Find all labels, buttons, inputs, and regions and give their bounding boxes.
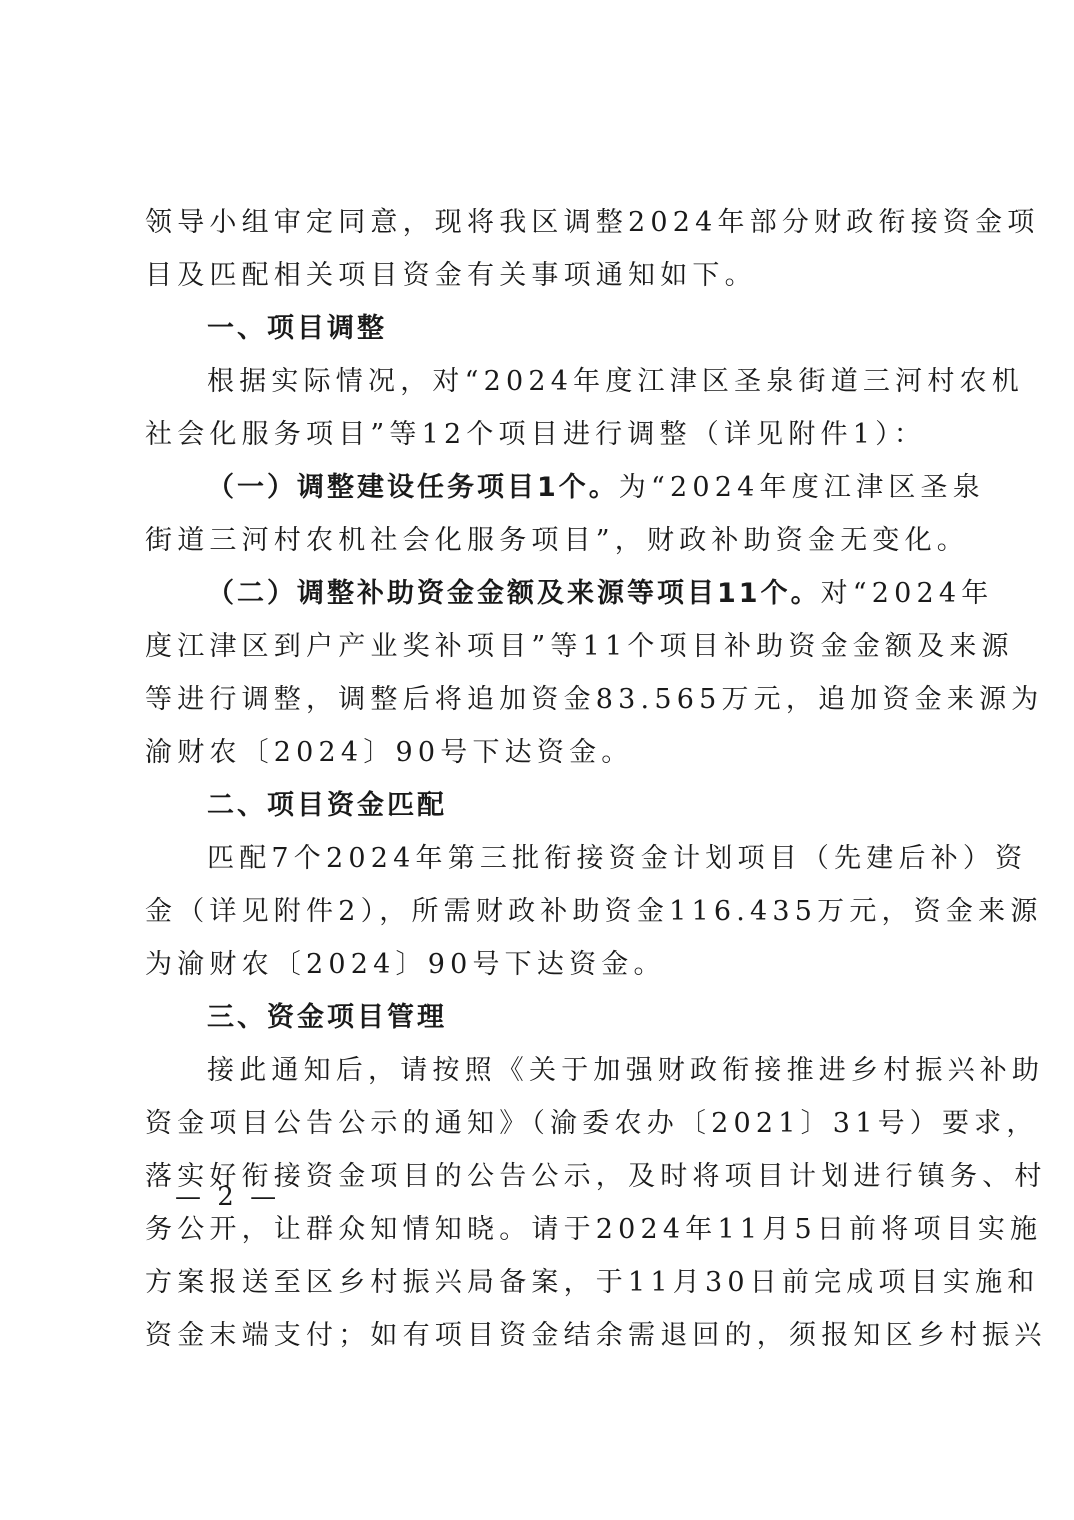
body-line: 度江津区到户产业奖补项目”等11个项目补助资金金额及来源	[145, 620, 1014, 674]
body-line: 街道三河村农机社会化服务项目”，财政补助资金无变化。	[145, 514, 969, 568]
body-line: 目及匹配相关项目资金有关事项通知如下。	[145, 249, 757, 303]
body-line: 等进行调整，调整后将追加资金83.565万元，追加资金来源为	[145, 673, 1043, 727]
body-line: 落实好衔接资金项目的公告公示，及时将项目计划进行镇务、村	[145, 1150, 1047, 1204]
body-line: 领导小组审定同意，现将我区调整2024年部分财政衔接资金项	[145, 196, 1040, 250]
page-number: — 2 —	[175, 1182, 280, 1212]
subheading-line: （一）调整建设任务项目1个。为“2024年度江津区圣泉	[207, 461, 985, 515]
body-line: 渝财农〔2024〕90号下达资金。	[145, 726, 633, 780]
body-line: 为渝财农〔2024〕90号下达资金。	[145, 938, 666, 992]
body-line: 方案报送至区乡村振兴局备案，于11月30日前完成项目实施和	[145, 1256, 1040, 1310]
section-heading-3: 三、资金项目管理	[207, 991, 447, 1045]
body-line: 金（详见附件2），所需财政补助资金116.435万元，资金来源	[145, 885, 1043, 939]
subheading-1: （一）调整建设任务项目1个。	[207, 472, 619, 503]
paragraph-start: 接此通知后，请按照《关于加强财政衔接推进乡村振兴补助	[207, 1044, 1044, 1098]
paragraph-start: 根据实际情况，对“2024年度江津区圣泉街道三河村农机	[207, 355, 1024, 409]
section-heading-2: 二、项目资金匹配	[207, 779, 447, 833]
section-heading-1: 一、项目调整	[207, 302, 387, 356]
subheading-text: 对“2024年	[821, 578, 994, 609]
body-line: 资金末端支付；如有项目资金结余需退回的，须报知区乡村振兴	[145, 1309, 1047, 1363]
subheading-line: （二）调整补助资金金额及来源等项目11个。对“2024年	[207, 567, 994, 621]
paragraph-start: 匹配7个2024年第三批衔接资金计划项目（先建后补）资	[207, 832, 1027, 886]
body-line: 资金项目公告公示的通知》（渝委农办〔2021〕31号）要求，	[145, 1097, 1039, 1151]
subheading-text: 为“2024年度江津区圣泉	[619, 472, 985, 503]
body-line: 社会化服务项目”等12个项目进行调整（详见附件1）：	[145, 408, 926, 462]
subheading-2: （二）调整补助资金金额及来源等项目11个。	[207, 578, 821, 609]
